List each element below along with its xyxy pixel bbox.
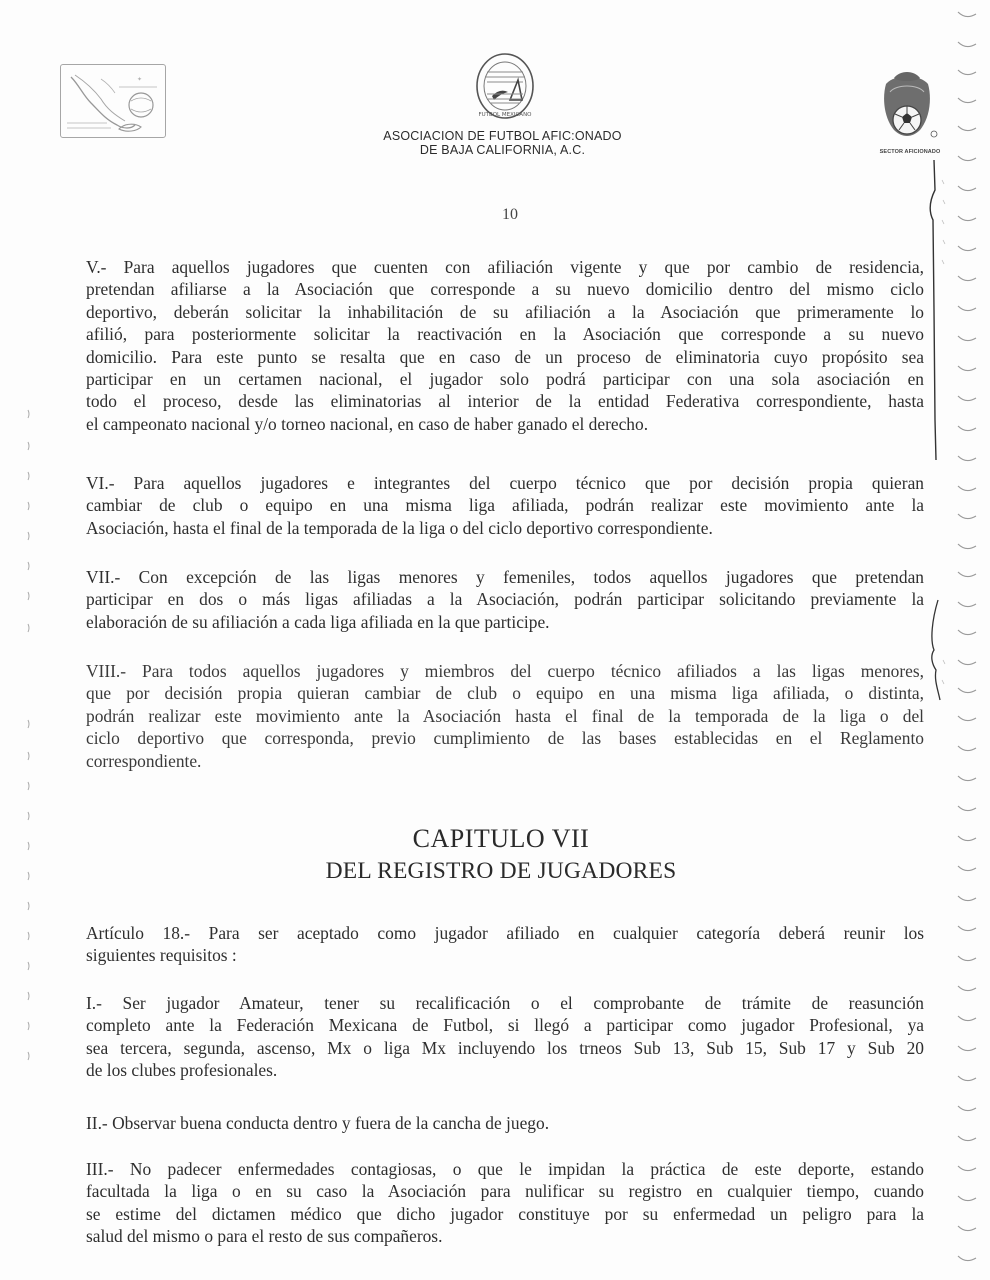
eagle-crest-icon <box>872 64 942 144</box>
text-line: sea tercera, segunda, ascenso, Mx o liga… <box>86 1037 924 1059</box>
text-line: V.- Para aquellos jugadores que cuenten … <box>86 256 924 278</box>
section-vii-paragraph: VII.- Con excepción de las ligas menores… <box>86 566 924 633</box>
text-line: II.- Observar buena conducta dentro y fu… <box>86 1112 924 1134</box>
text-line: participar en un certamen nacional, el j… <box>86 368 924 390</box>
chapter-title: CAPITULO VII <box>0 824 990 854</box>
text-line: pretendan afiliarse a la Asociación que … <box>86 278 924 300</box>
page-edge-tear-line <box>920 160 950 760</box>
femexfut-emblem-icon: FUTBOL MEXICANO <box>470 50 540 126</box>
text-line: facultada la liga o en su caso la Asocia… <box>86 1180 924 1202</box>
text-line: el campeonato nacional y/o torneo nacion… <box>86 413 924 435</box>
text-line: salud del mismo o para el resto de sus c… <box>86 1225 924 1247</box>
svg-text:FUTBOL MEXICANO: FUTBOL MEXICANO <box>478 112 532 118</box>
text-line: VII.- Con excepción de las ligas menores… <box>86 566 924 588</box>
text-line: VIII.- Para todos aquellos jugadores y m… <box>86 660 924 682</box>
femexfut-logo: FUTBOL MEXICANO <box>470 50 540 126</box>
requirement-iii: III.- No padecer enfermedades contagiosa… <box>86 1158 924 1248</box>
margin-tick-icon <box>18 380 48 1280</box>
text-line: afilió, para posteriormente solicitar la… <box>86 323 924 345</box>
torn-edge-icon <box>920 160 950 760</box>
text-line: Asociación, hasta el final de la tempora… <box>86 517 924 539</box>
chapter-subtitle: DEL REGISTRO DE JUGADORES <box>0 858 990 885</box>
scanned-document-page: ✦ FUTBOL MEXICANO ASOCIACION DE FUTBOL A… <box>0 0 990 1280</box>
text-line: I.- Ser jugador Amateur, tener su recali… <box>86 992 924 1014</box>
text-line: se estime del dictamen médico que dicho … <box>86 1203 924 1225</box>
requirement-ii: II.- Observar buena conducta dentro y fu… <box>86 1112 924 1134</box>
baja-california-map-logo: ✦ <box>60 64 166 138</box>
page-number: 10 <box>0 206 990 224</box>
text-line: deportivo, deberán solicitar la inhabili… <box>86 301 924 323</box>
text-line: domicilio. Para este punto se resalta qu… <box>86 346 924 368</box>
organization-name-line-1: ASOCIACION DE FUTBOL AFIC:ONADO <box>0 129 990 143</box>
left-margin-scan-marks <box>18 380 48 1280</box>
map-logo-icon: ✦ <box>61 65 165 137</box>
article-18-intro: Artículo 18.- Para ser aceptado como jug… <box>86 922 924 967</box>
text-line: podrán realizar este movimiento ante la … <box>86 705 924 727</box>
svg-text:✦: ✦ <box>137 76 142 83</box>
mexico-national-crest-logo: SECTOR AFICIONADO <box>872 64 942 150</box>
section-v-paragraph: V.- Para aquellos jugadores que cuenten … <box>86 256 924 435</box>
binder-curve-icon <box>952 0 990 1280</box>
text-line: elaboración de su afiliación a cada liga… <box>86 611 924 633</box>
text-line: correspondiente. <box>86 750 924 772</box>
crest-caption: SECTOR AFICIONADO <box>872 149 948 155</box>
section-vi-paragraph: VI.- Para aquellos jugadores e integrant… <box>86 472 924 539</box>
text-line: completo ante la Federación Mexicana de … <box>86 1014 924 1036</box>
text-line: participar en dos o más ligas afiliadas … <box>86 588 924 610</box>
text-line: ciclo deportivo que corresponda, previo … <box>86 727 924 749</box>
text-line: III.- No padecer enfermedades contagiosa… <box>86 1158 924 1180</box>
text-line: VI.- Para aquellos jugadores e integrant… <box>86 472 924 494</box>
text-line: que por decisión propia quieran cambiar … <box>86 682 924 704</box>
text-line: de los clubes profesionales. <box>86 1059 924 1081</box>
text-line: cambiar de club o equipo en una misma li… <box>86 494 924 516</box>
binder-hole-marks <box>952 0 990 1280</box>
organization-name-line-2: DE BAJA CALIFORNIA, A.C. <box>0 143 990 157</box>
text-line: Artículo 18.- Para ser aceptado como jug… <box>86 922 924 944</box>
section-viii-paragraph: VIII.- Para todos aquellos jugadores y m… <box>86 660 924 772</box>
text-line: siguientes requisitos : <box>86 944 924 966</box>
requirement-i: I.- Ser jugador Amateur, tener su recali… <box>86 992 924 1082</box>
text-line: todo el proceso, desde las eliminatorias… <box>86 390 924 412</box>
